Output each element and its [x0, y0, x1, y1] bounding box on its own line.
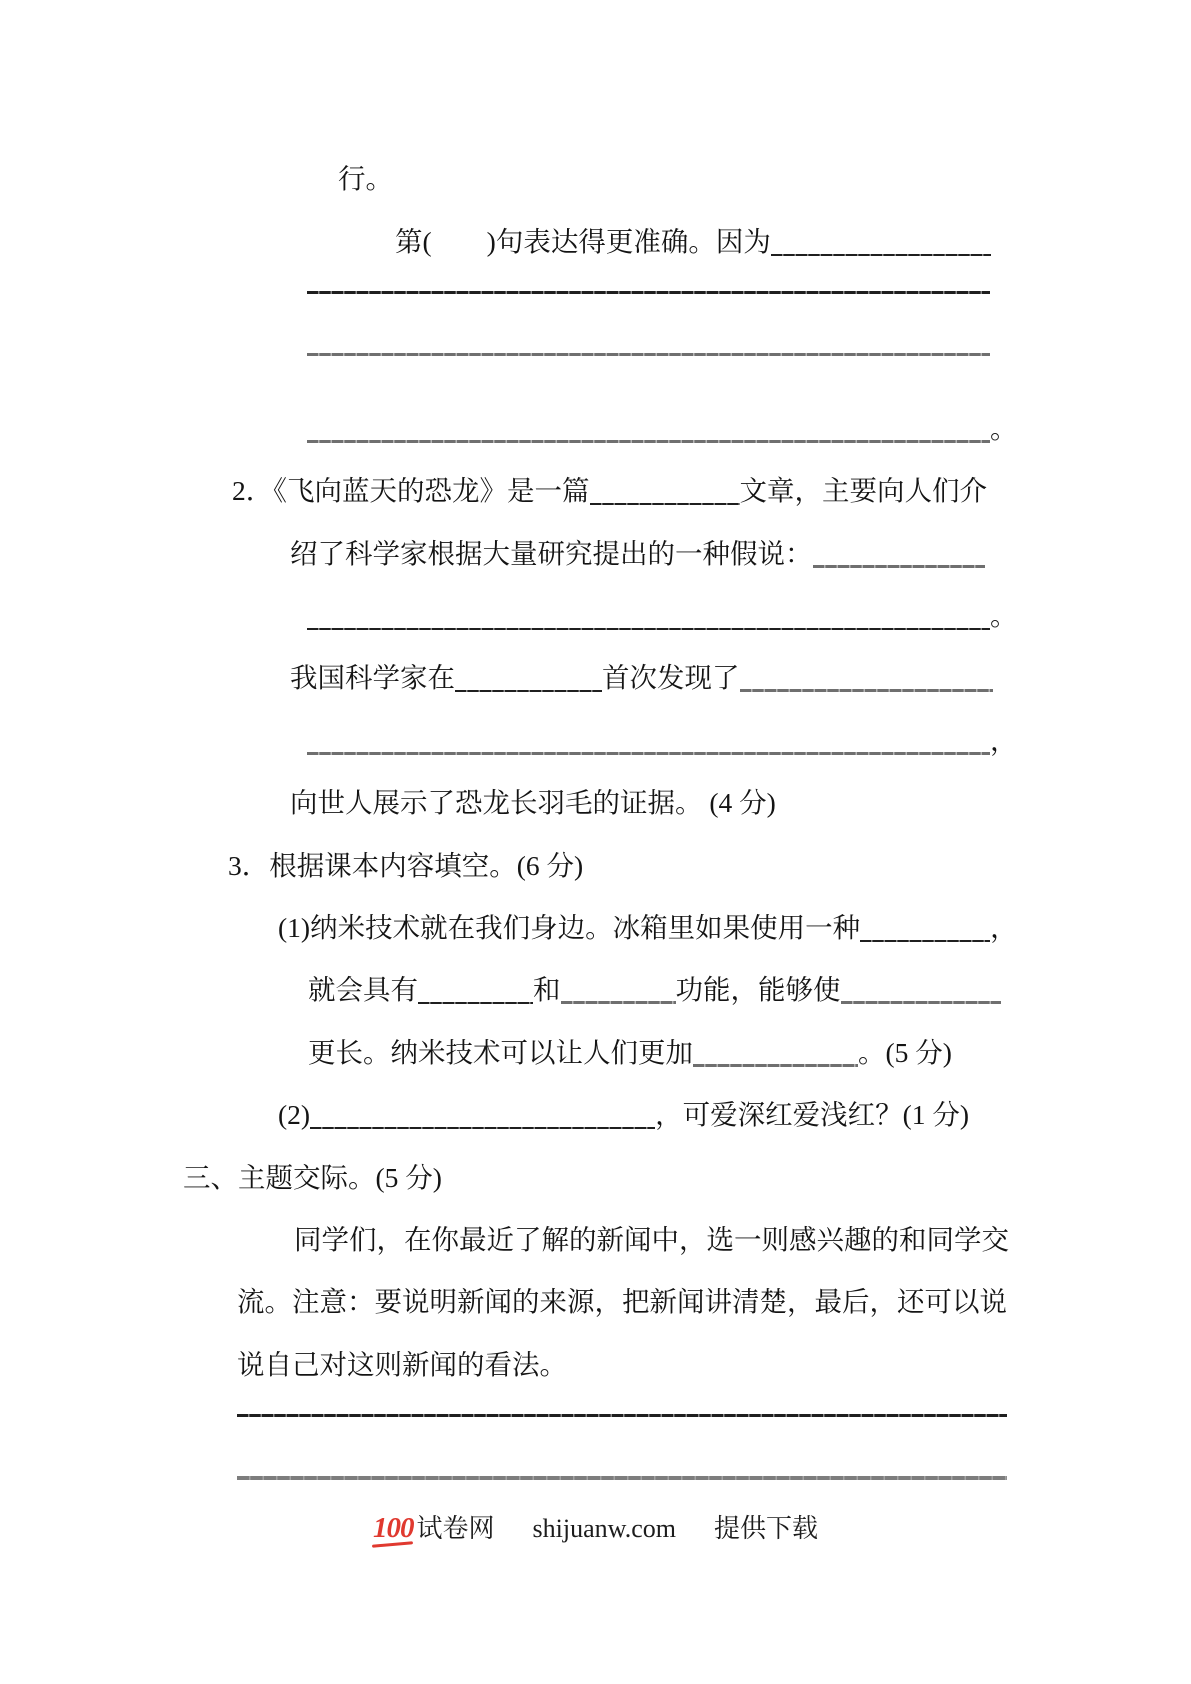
text-segment: 和: [533, 972, 561, 1008]
text-line: 说自己对这则新闻的看法。: [237, 1347, 567, 1383]
text-segment: 行。: [338, 161, 393, 197]
fill-in-blank: [455, 690, 602, 693]
text-segment: 同学们，在你最近了解的新闻中，选一则感兴趣的和同学交: [294, 1222, 1009, 1258]
text-line: [307, 286, 990, 322]
logo-100-icon: 100: [373, 1512, 417, 1548]
text-segment: 绍了科学家根据大量研究提出的一种假说：: [290, 536, 813, 572]
text-segment: 。(5 分): [858, 1035, 952, 1071]
text-line: 2．《飞向蓝天的恐龙》是一篇文章，主要向人们介: [232, 473, 987, 509]
fill-in-blank: [841, 1001, 1001, 1004]
logo-site-name: 试卷网: [417, 1508, 495, 1545]
fill-in-blank: [693, 1064, 858, 1067]
footer-download-label: 提供下载: [714, 1508, 818, 1545]
text-line: 更长。纳米技术可以让人们更加。(5 分): [308, 1035, 952, 1071]
text-line: 我国科学家在首次发现了: [290, 660, 993, 696]
text-segment: 说自己对这则新闻的看法。: [237, 1347, 567, 1383]
fill-in-blank: [418, 1002, 533, 1005]
text-segment: 。: [990, 598, 1018, 634]
text-segment: 。: [990, 411, 1018, 447]
text-line: 向世人展示了恐龙长羽毛的证据。 (4 分): [290, 785, 776, 821]
fill-in-blank: [771, 254, 991, 257]
text-line: ，: [307, 723, 1018, 759]
text-line: (1)纳米技术就在我们身边。冰箱里如果使用一种，: [278, 910, 1018, 946]
site-logo: 100 试卷网: [373, 1508, 495, 1548]
fill-in-blank: [307, 353, 990, 356]
text-segment: ，: [990, 910, 1018, 946]
fill-in-blank: [237, 1476, 1007, 1480]
fill-in-blank: [307, 628, 990, 631]
text-segment: ，可爱深红爱浅红？(1 分): [655, 1097, 969, 1133]
text-line: 就会具有和功能，能够使: [308, 972, 1001, 1008]
text-segment: 流。注意：要说明新闻的来源，把新闻讲清楚，最后，还可以说: [237, 1284, 1007, 1320]
text-segment: 3．根据课本内容填空。(6 分): [228, 848, 583, 884]
text-line: 行。: [338, 161, 393, 197]
text-segment: ，: [990, 723, 1018, 759]
worksheet-page: 行。第( )句表达得更准确。因为。2．《飞向蓝天的恐龙》是一篇文章，主要向人们介…: [0, 0, 1191, 1684]
text-segment: 更长。纳米技术可以让人们更加: [308, 1035, 693, 1071]
text-segment: 三、主题交际。(5 分): [183, 1160, 442, 1196]
text-line: 。: [307, 598, 1018, 634]
fill-in-blank: [307, 440, 990, 443]
text-segment: 向世人展示了恐龙长羽毛的证据。 (4 分): [290, 785, 776, 821]
text-segment: 就会具有: [308, 972, 418, 1008]
text-segment: 首次发现了: [602, 660, 740, 696]
text-line: 绍了科学家根据大量研究提出的一种假说：: [290, 536, 985, 572]
text-segment: 第( )句表达得更准确。因为: [395, 224, 771, 260]
fill-in-blank: [307, 291, 990, 294]
text-line: 第( )句表达得更准确。因为: [395, 224, 991, 260]
fill-in-blank: [307, 752, 990, 755]
text-line: [237, 1471, 1007, 1507]
text-segment: (2): [278, 1097, 310, 1133]
text-line: 3．根据课本内容填空。(6 分): [228, 848, 583, 884]
page-footer: 100 试卷网 shijuanw.com 提供下载: [0, 1508, 1191, 1548]
text-segment: 我国科学家在: [290, 660, 455, 696]
fill-in-blank: [561, 1001, 676, 1004]
fill-in-blank: [813, 565, 985, 568]
fill-in-blank: [860, 940, 990, 943]
text-line: 三、主题交际。(5 分): [183, 1160, 442, 1196]
text-line: [237, 1409, 1007, 1445]
fill-in-blank: [740, 689, 993, 692]
footer-domain: shijuanw.com: [533, 1514, 676, 1544]
text-segment: 文章，主要向人们介: [740, 473, 988, 509]
fill-in-blank: [237, 1414, 1007, 1417]
fill-in-blank: [310, 1127, 655, 1130]
text-line: 流。注意：要说明新闻的来源，把新闻讲清楚，最后，还可以说: [237, 1284, 1007, 1320]
text-line: [307, 348, 990, 384]
text-segment: 2．《飞向蓝天的恐龙》是一篇: [232, 473, 590, 509]
text-line: (2)，可爱深红爱浅红？(1 分): [278, 1097, 969, 1133]
text-segment: (1)纳米技术就在我们身边。冰箱里如果使用一种: [278, 910, 860, 946]
text-segment: 功能，能够使: [676, 972, 841, 1008]
fill-in-blank: [590, 503, 740, 506]
text-line: 同学们，在你最近了解的新闻中，选一则感兴趣的和同学交: [294, 1222, 1009, 1258]
text-line: 。: [307, 411, 1018, 447]
